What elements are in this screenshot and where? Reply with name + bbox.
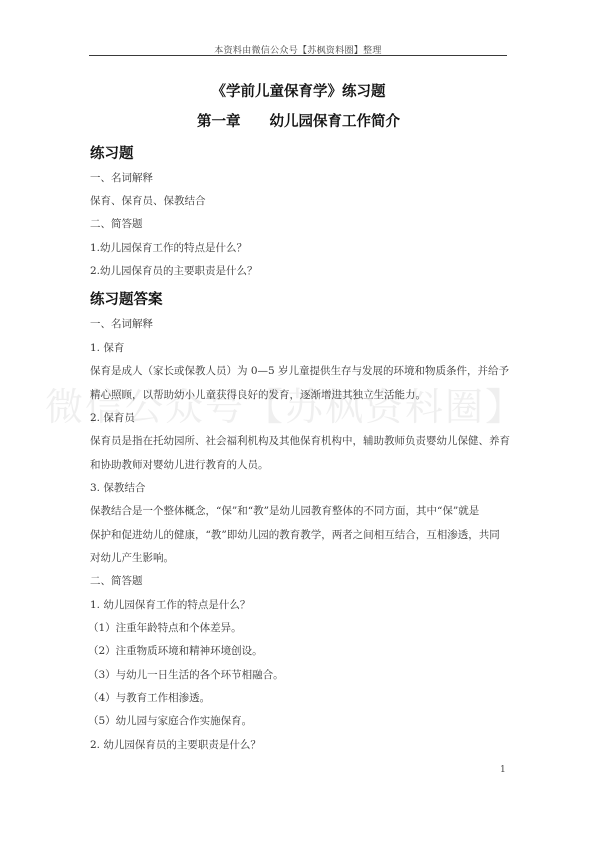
exercise-question-1: 1.幼儿园保育工作的特点是什么？	[90, 241, 247, 255]
term-definition-line: 对幼儿产生影响。	[90, 551, 174, 565]
answer-question-1: 1. 幼儿园保育工作的特点是什么？	[90, 598, 250, 612]
term-definition-line: 保护和促进幼儿的健康，“教”即幼儿园的教育教学，两者之间相互结合，互相渗透，共同	[90, 528, 500, 542]
answers-heading: 练习题答案	[90, 288, 163, 309]
answer-point: （4）与教育工作相渗透。	[88, 691, 210, 705]
exercises-section1-label: 一、名词解释	[90, 171, 153, 185]
term-definition-line: 和协助教师对婴幼儿进行教育的人员。	[90, 458, 269, 472]
exercises-section1-terms: 保育、保育员、保教结合	[90, 194, 206, 208]
answer-point: （2）注重物质环境和精神环境创设。	[88, 644, 263, 658]
term-definition-line: 保育是成人（家长或保教人员）为 0—5 岁儿童提供生存与发展的环境和物质条件，并…	[90, 364, 509, 378]
term-label-baojiaojiehe: 3. 保教结合	[90, 481, 145, 495]
term-definition-line: 保教结合是一个整体概念，“保”和“教”是幼儿园教育整体的不同方面，其中“保”就是	[90, 504, 479, 518]
answer-question-2: 2. 幼儿园保育员的主要职责是什么？	[90, 738, 261, 752]
term-label-baoyu: 1. 保育	[90, 341, 124, 355]
page-number: 1	[500, 765, 506, 775]
answers-section1-label: 一、名词解释	[90, 317, 153, 331]
answer-point: （3）与幼儿一日生活的各个环节相融合。	[88, 668, 284, 682]
answers-section2-label: 二、简答题	[90, 574, 143, 588]
chapter-title: 第一章 幼儿园保育工作简介	[90, 110, 507, 131]
page-header: 本资料由微信公众号【苏枫资料圈】整理	[89, 38, 507, 56]
answer-point: （1）注重年龄特点和个体差异。	[88, 621, 242, 635]
exercises-section2-label: 二、简答题	[90, 217, 143, 231]
document-title: 《学前儿童保育学》练习题	[90, 80, 507, 101]
term-definition-line: 精心照顾，以帮助幼小儿童获得良好的发育，逐渐增进其独立生活能力。	[90, 388, 426, 402]
term-label-baoyuyuan: 2. 保育员	[90, 411, 135, 425]
exercise-question-2: 2.幼儿园保育员的主要职责是什么？	[90, 264, 258, 278]
term-definition-line: 保育员是指在托幼园所、社会福利机构及其他保育机构中，辅助教师负责婴幼儿保健、养育	[90, 434, 510, 448]
exercises-heading: 练习题	[90, 142, 134, 163]
answer-point: （5）幼儿园与家庭合作实施保育。	[88, 714, 252, 728]
header-text: 本资料由微信公众号【苏枫资料圈】整理	[214, 46, 381, 56]
